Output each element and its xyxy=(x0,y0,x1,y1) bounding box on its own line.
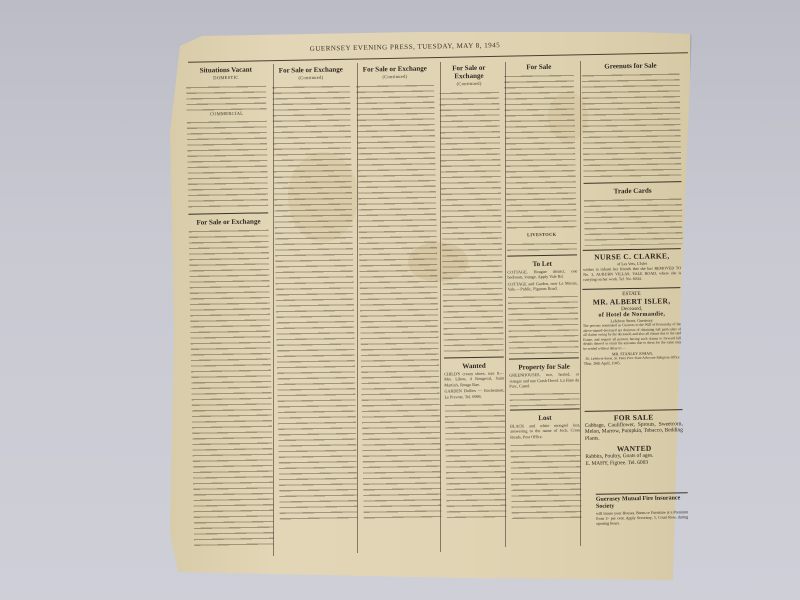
ad-text xyxy=(189,227,275,548)
wanted-ad-text: GARDEN Dollies — Rochemont, Le Prevote. … xyxy=(444,388,504,400)
section-heading-to-let: To Let xyxy=(507,259,577,268)
ad-text xyxy=(584,195,683,246)
lost-ad-text: BLACK and white mongrel lost, answering … xyxy=(510,422,580,440)
for-sale-notice: FOR SALE Cabbage, Cauliflower, Sprouts, … xyxy=(584,406,683,466)
ad-text xyxy=(272,82,358,523)
ad-text xyxy=(445,400,507,521)
column-for-sale-3: For Sale or Exchange (Continued) xyxy=(356,62,443,553)
estate-notice: ESTATE MR. ALBERT ISLER, Deceased, of Ho… xyxy=(582,284,681,365)
ad-text xyxy=(439,88,504,354)
column-for-sale-4: For Sale or Exchange (Continued) Wanted … xyxy=(439,62,508,553)
for-sale-body: Cabbage, Cauliflower, Sprouts, Sweetcorn… xyxy=(585,421,683,442)
to-let-ad-text: COTTAGE and Garden, near Le Marais, Vale… xyxy=(508,280,578,292)
column-heading: For Sale or Exchange xyxy=(356,64,434,73)
column-greenuts: Greenuts for Sale Trade Cards xyxy=(581,59,682,246)
column-subheading: (Continued) xyxy=(356,73,434,80)
column-heading: For Sale xyxy=(504,62,574,71)
column-for-sale-2: For Sale or Exchange (Continued) xyxy=(272,63,359,554)
ad-text xyxy=(504,71,577,232)
ad-text xyxy=(509,389,579,406)
ad-text xyxy=(187,118,269,211)
column-heading: For Sale or Exchange xyxy=(272,65,350,74)
ad-text xyxy=(186,82,266,111)
column-subheading: (Continued) xyxy=(272,74,350,81)
ad-text xyxy=(508,292,579,355)
nurse-notice: NURSE C. CLARKE, of Les Vets, L'Islet wi… xyxy=(583,245,682,282)
nurse-body: wishes to inform her friends that she ha… xyxy=(583,265,681,282)
insurance-body: will insure your Houses, Barns or Furnit… xyxy=(596,509,688,526)
column-for-sale-5: For Sale LIVESTOCK To Let COTTAGE, Hougu… xyxy=(504,60,583,551)
section-heading-wanted: Wanted xyxy=(444,361,504,370)
ad-text xyxy=(510,440,581,521)
to-let-ads: COTTAGE, Hougue district, one bedroom, l… xyxy=(507,268,577,293)
wanted-ad-text: CHILD'S cream shoes, size 8.—Mrs. Lihou,… xyxy=(444,370,504,388)
property-ad-text: GREENHOUSES, two, heated, or vinegar and… xyxy=(509,371,579,389)
section-heading-lost: Lost xyxy=(510,413,580,422)
subheading-livestock: LIVESTOCK xyxy=(507,231,577,238)
column-heading: For Sale or Exchange xyxy=(439,64,499,81)
column-subheading: (Continued) xyxy=(439,81,499,88)
ad-text xyxy=(582,70,682,180)
to-let-ad-text: COTTAGE, Hougue district, one bedroom, l… xyxy=(507,268,577,280)
subheading-commercial: COMMERCIAL xyxy=(187,110,267,117)
column-heading: Situations Vacant xyxy=(186,65,266,74)
insurance-notice: Guernsey Mutual Fire Insurance Society w… xyxy=(596,489,689,526)
section-heading-for-sale: For Sale or Exchange xyxy=(188,218,268,227)
ad-text xyxy=(356,81,442,522)
column-situations-vacant: Situations Vacant DOMESTIC COMMERCIAL Fo… xyxy=(186,63,275,554)
estate-body: The persons nominated as Curators to the… xyxy=(583,322,681,351)
ad-text xyxy=(507,239,577,252)
section-heading-property: Property for Sale xyxy=(509,362,579,371)
subheading-domestic: DOMESTIC xyxy=(186,74,266,81)
wanted-ad: CHILD'S cream shoes, size 8.—Mrs. Lihou,… xyxy=(444,370,504,400)
